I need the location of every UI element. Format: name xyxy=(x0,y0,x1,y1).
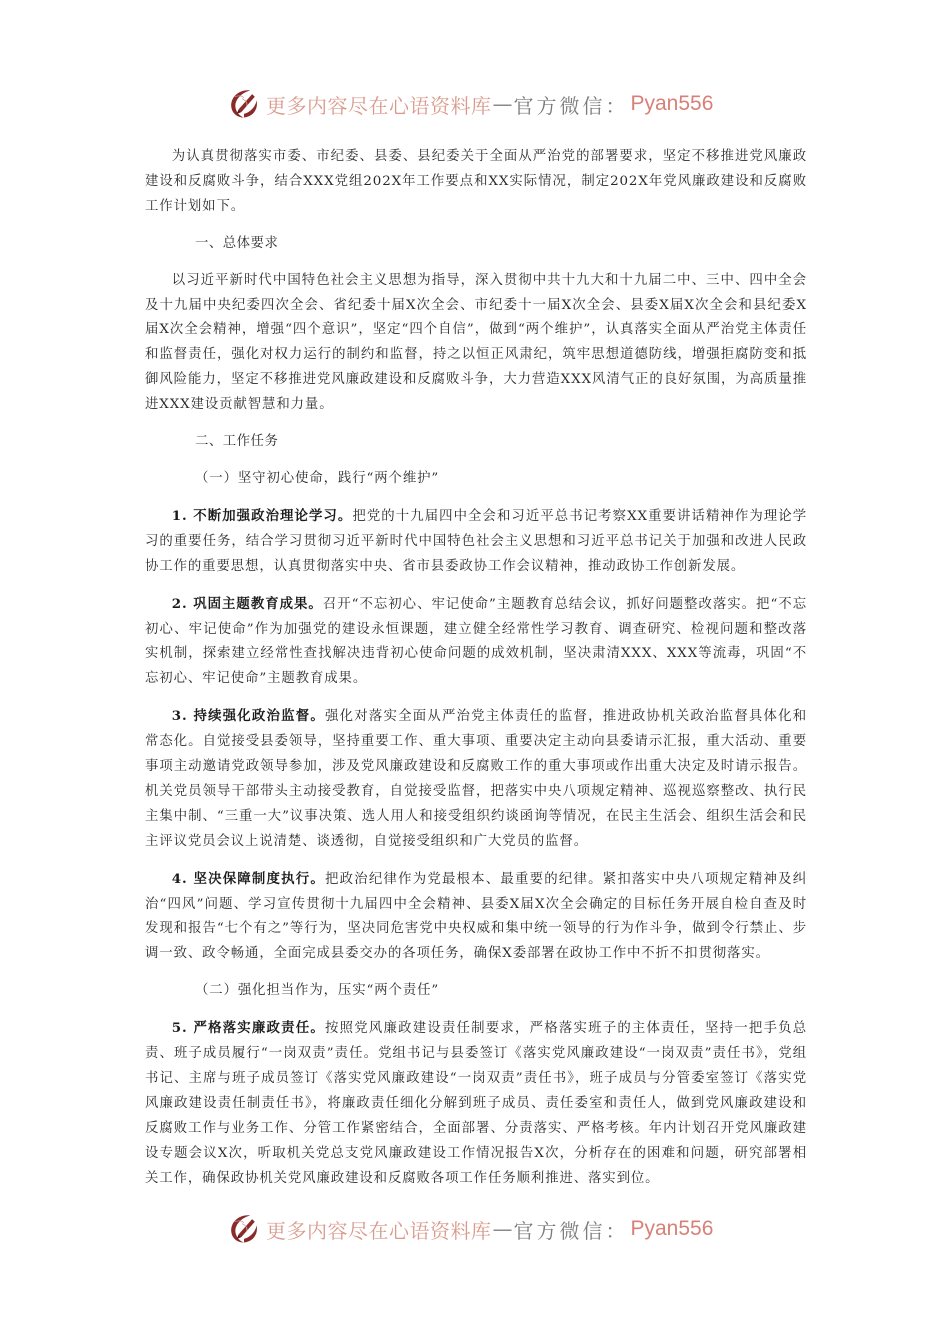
watermark-brand-text: 更多内容尽在心语资料库 xyxy=(266,90,492,119)
section-heading-overall-requirements: 一、总体要求 xyxy=(145,232,807,257)
section-paragraph-overall-requirements: 以习近平新时代中国特色社会主义思想为指导，深入贯彻中共十九大和十九届二中、三中、… xyxy=(145,269,807,418)
task-item-title: 2. 巩固主题教育成果。 xyxy=(172,596,323,612)
task-item-title: 5. 严格落实廉政责任。 xyxy=(172,1020,325,1036)
task-item-text: 强化对落实全面从严治党主体责任的监督，推进政协机关政治监督具体化和常态化。自觉接… xyxy=(145,709,807,849)
watermark-brand-text: 更多内容尽在心语资料库 xyxy=(266,1215,492,1244)
watermark-dash: — xyxy=(493,1217,513,1241)
quill-pen-logo-icon xyxy=(226,86,262,122)
task-item-5: 5. 严格落实廉政责任。按照党风廉政建设责任制要求，严格落实班子的主体责任，坚持… xyxy=(145,1016,807,1191)
watermark-banner-bottom: 更多内容尽在心语资料库 — 官方微信： Pyan556 xyxy=(226,1209,726,1249)
task-item-4: 4. 坚决保障制度执行。把政治纪律作为党最根本、最重要的纪律。紧扣落实中央八项规… xyxy=(145,867,807,968)
task-item-title: 4. 坚决保障制度执行。 xyxy=(172,871,325,887)
quill-pen-logo-icon xyxy=(226,1211,262,1247)
task-item-title: 3. 持续强化政治监督。 xyxy=(172,708,325,724)
subsection-heading-1: （一）坚守初心使命，践行“两个维护” xyxy=(145,467,807,492)
task-item-2: 2. 巩固主题教育成果。召开“不忘初心、牢记使命”主题教育总结会议，抓好问题整改… xyxy=(145,592,807,693)
watermark-account-id: Pyan556 xyxy=(631,1217,714,1241)
task-item-1: 1. 不断加强政治理论学习。把党的十九届四中全会和习近平总书记考察XX重要讲话精… xyxy=(145,504,807,580)
task-item-title: 1. 不断加强政治理论学习。 xyxy=(172,508,353,524)
intro-paragraph: 为认真贯彻落实市委、市纪委、县委、县纪委关于全面从严治党的部署要求，坚定不移推进… xyxy=(145,145,807,220)
subsection-heading-2: （二）强化担当作为，压实“两个责任” xyxy=(145,979,807,1004)
watermark-wechat-label: 官方微信： xyxy=(514,1215,629,1244)
section-heading-work-tasks: 二、工作任务 xyxy=(145,430,807,455)
watermark-banner-top: 更多内容尽在心语资料库 — 官方微信： Pyan556 xyxy=(226,84,726,124)
document-body: 为认真贯彻落实市委、市纪委、县委、县纪委关于全面从严治党的部署要求，坚定不移推进… xyxy=(145,145,807,1204)
task-item-3: 3. 持续强化政治监督。强化对落实全面从严治党主体责任的监督，推进政协机关政治监… xyxy=(145,704,807,854)
watermark-dash: — xyxy=(493,92,513,116)
watermark-wechat-label: 官方微信： xyxy=(514,90,629,119)
watermark-account-id: Pyan556 xyxy=(631,92,714,116)
task-item-text: 按照党风廉政建设责任制要求，严格落实班子的主体责任，坚持一把手负总责、班子成员履… xyxy=(145,1021,807,1185)
